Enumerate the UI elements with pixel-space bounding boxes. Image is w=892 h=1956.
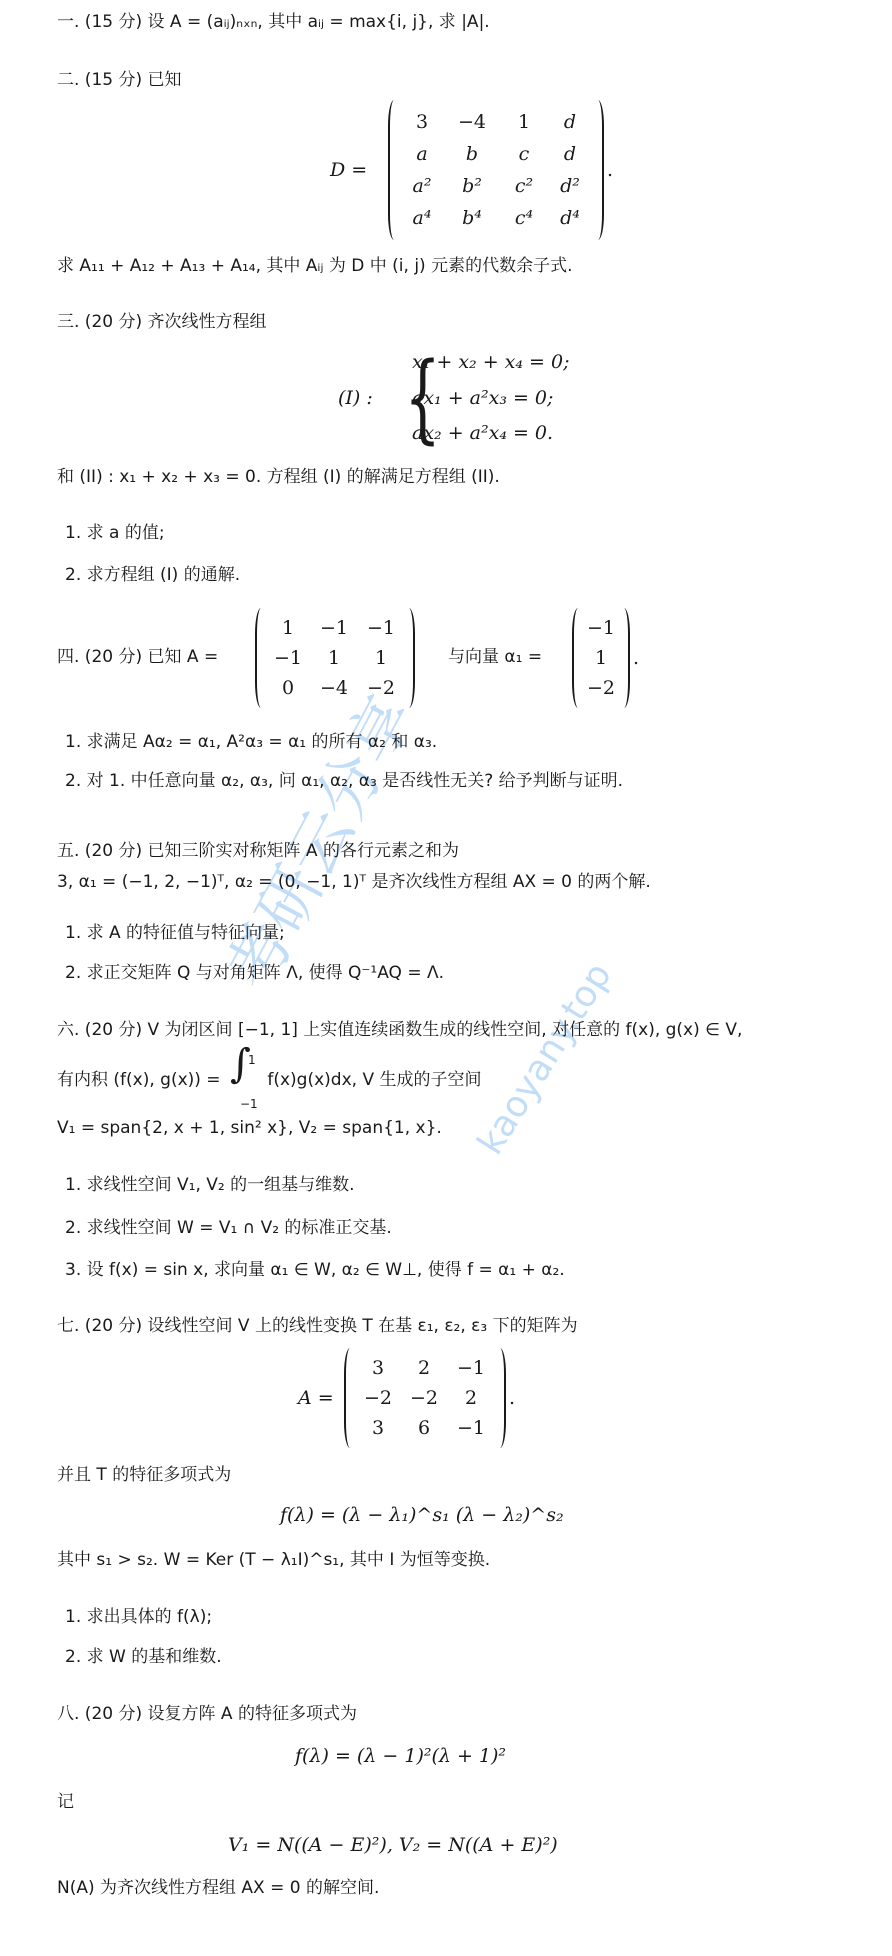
- integral-lower: −1: [240, 1092, 258, 1116]
- matrix-cell: 2: [448, 1387, 494, 1409]
- vector-alpha1: −1 1 −2 .: [572, 608, 639, 708]
- right-paren: [403, 608, 415, 708]
- matrix-cell: a⁴: [400, 207, 444, 229]
- left-paren: [344, 1348, 356, 1448]
- matrix-cell: 1: [267, 617, 309, 639]
- characteristic-polynomial-q8: f(λ) = (λ − 1)²(λ + 1)²: [295, 1744, 506, 1768]
- integral-upper: 1: [248, 1048, 256, 1072]
- equation-3: ax₂ + a²x₄ = 0.: [412, 421, 553, 445]
- question-7-poly-intro: 并且 T 的特征多项式为: [57, 1463, 231, 1487]
- matrix-cell: 2: [400, 1357, 448, 1379]
- question-7-intro: 七. (20 分) 设线性空间 V 上的线性变换 T 在基 ε₁, ε₂, ε₃…: [57, 1314, 578, 1338]
- matrix-cell: d⁴: [548, 207, 592, 229]
- matrix-cell: c⁴: [500, 207, 548, 229]
- question-5-item-1: 1. 求 A 的特征值与特征向量;: [65, 921, 285, 945]
- question-7-item-1: 1. 求出具体的 f(λ);: [65, 1605, 212, 1629]
- question-6-line-1: 六. (20 分) V 为闭区间 [−1, 1] 上实值连续函数生成的线性空间,…: [57, 1018, 742, 1042]
- right-paren: [494, 1348, 506, 1448]
- matrix-cell: −1: [448, 1357, 494, 1379]
- matrix-cell: b²: [444, 175, 500, 197]
- matrix-cell: 6: [400, 1417, 448, 1439]
- question-8-note: 记: [57, 1790, 74, 1814]
- matrix-cell: 3: [400, 111, 444, 133]
- matrix-a-q7: 3 2 −1 −2 −2 2 3 6 −1 .: [344, 1348, 515, 1448]
- matrix-cell: d: [548, 143, 592, 165]
- null-spaces: V₁ = N((A − E)²), V₂ = N((A + E)²): [228, 1833, 558, 1857]
- matrix-cell: 0: [267, 677, 309, 699]
- question-8-definition: N(A) 为齐次线性方程组 AX = 0 的解空间.: [57, 1876, 379, 1900]
- left-paren: [388, 100, 400, 240]
- matrix-cell: 3: [356, 1357, 400, 1379]
- matrix-cell: 1: [309, 647, 359, 669]
- vector-intro: 与向量 α₁ =: [448, 645, 542, 669]
- question-1: 一. (15 分) 设 A = (aᵢⱼ)ₙₓₙ, 其中 aᵢⱼ = max{i…: [57, 10, 490, 34]
- equation-1: x₁ + x₂ + x₄ = 0;: [412, 350, 569, 374]
- vector-cell: −1: [584, 617, 618, 639]
- integral: ∫ 1 −1: [226, 1068, 262, 1092]
- matrix-cell: −2: [400, 1387, 448, 1409]
- left-paren: [255, 608, 267, 708]
- vector-cell: −2: [584, 677, 618, 699]
- question-3-condition: 和 (II) : x₁ + x₂ + x₃ = 0. 方程组 (I) 的解满足方…: [57, 465, 500, 489]
- question-2-intro: 二. (15 分) 已知: [57, 68, 182, 92]
- question-4-intro: 四. (20 分) 已知 A =: [57, 645, 218, 669]
- right-paren: [592, 100, 604, 240]
- matrix-d: 3 −4 1 d a b c d a² b² c² d² a⁴ b⁴ c⁴ d⁴…: [388, 100, 613, 240]
- matrix-cell: 1: [359, 647, 403, 669]
- question-6-item-1: 1. 求线性空间 V₁, V₂ 的一组基与维数.: [65, 1173, 355, 1197]
- question-5-line-2: 3, α₁ = (−1, 2, −1)ᵀ, α₂ = (0, −1, 1)ᵀ 是…: [57, 870, 651, 894]
- matrix-cell: c: [500, 143, 548, 165]
- question-7-item-2: 2. 求 W 的基和维数.: [65, 1645, 222, 1669]
- equation-2: ax₁ + a²x₃ = 0;: [412, 386, 553, 410]
- matrix-cell: 3: [356, 1417, 400, 1439]
- matrix-cell: −1: [267, 647, 309, 669]
- matrix-cell: −1: [309, 617, 359, 639]
- matrix-cell: b: [444, 143, 500, 165]
- question-6-item-2: 2. 求线性空间 W = V₁ ∩ V₂ 的标准正交基.: [65, 1216, 392, 1240]
- matrix-cell: −4: [309, 677, 359, 699]
- integrand: f(x)g(x)dx, V 生成的子空间: [267, 1070, 481, 1090]
- left-paren: [572, 608, 584, 708]
- matrix-cell: −1: [448, 1417, 494, 1439]
- matrix-cell: d²: [548, 175, 592, 197]
- question-4-item-2: 2. 对 1. 中任意向量 α₂, α₃, 问 α₁, α₂, α₃ 是否线性无…: [65, 769, 623, 793]
- system-label: (I) :: [338, 386, 373, 410]
- matrix-cell: d: [548, 111, 592, 133]
- characteristic-polynomial: f(λ) = (λ − λ₁)^s₁ (λ − λ₂)^s₂: [280, 1503, 564, 1527]
- matrix-cell: b⁴: [444, 207, 500, 229]
- question-5-item-2: 2. 求正交矩阵 Q 与对角矩阵 Λ, 使得 Q⁻¹AQ = Λ.: [65, 961, 444, 985]
- question-7-condition: 其中 s₁ > s₂. W = Ker (T − λ₁I)^s₁, 其中 I 为…: [57, 1548, 490, 1572]
- matrix-cell: 1: [500, 111, 548, 133]
- question-5-line-1: 五. (20 分) 已知三阶实对称矩阵 A 的各行元素之和为: [57, 839, 459, 863]
- matrix-a-label: A =: [298, 1386, 334, 1410]
- vector-cell: 1: [584, 647, 618, 669]
- matrix-a-q4: 1 −1 −1 −1 1 1 0 −4 −2: [255, 608, 415, 708]
- question-2-ask: 求 A₁₁ + A₁₂ + A₁₃ + A₁₄, 其中 Aᵢⱼ 为 D 中 (i…: [57, 254, 572, 278]
- right-paren: [618, 608, 630, 708]
- question-3-intro: 三. (20 分) 齐次线性方程组: [57, 310, 267, 334]
- matrix-cell: a²: [400, 175, 444, 197]
- inner-product-label: 有内积 (f(x), g(x)) =: [57, 1070, 221, 1090]
- watermark-latin: kaoyany.top: [470, 956, 620, 1162]
- matrix-cell: −1: [359, 617, 403, 639]
- period: .: [509, 1387, 515, 1409]
- period: .: [607, 159, 613, 181]
- question-6-line-2: 有内积 (f(x), g(x)) = ∫ 1 −1 f(x)g(x)dx, V …: [57, 1068, 482, 1092]
- matrix-d-label: D =: [330, 158, 367, 182]
- question-4-item-1: 1. 求满足 Aα₂ = α₁, A²α₃ = α₁ 的所有 α₂ 和 α₃.: [65, 730, 437, 754]
- question-6-item-3: 3. 设 f(x) = sin x, 求向量 α₁ ∈ W, α₂ ∈ W⊥, …: [65, 1258, 565, 1282]
- matrix-cell: c²: [500, 175, 548, 197]
- question-6-line-3: V₁ = span{2, x + 1, sin² x}, V₂ = span{1…: [57, 1116, 442, 1140]
- matrix-cell: −2: [356, 1387, 400, 1409]
- question-3-item-2: 2. 求方程组 (I) 的通解.: [65, 563, 240, 587]
- matrix-cell: a: [400, 143, 444, 165]
- matrix-cell: −4: [444, 111, 500, 133]
- period: .: [633, 647, 639, 669]
- question-3-item-1: 1. 求 a 的值;: [65, 521, 165, 545]
- matrix-cell: −2: [359, 677, 403, 699]
- question-8-intro: 八. (20 分) 设复方阵 A 的特征多项式为: [57, 1702, 357, 1726]
